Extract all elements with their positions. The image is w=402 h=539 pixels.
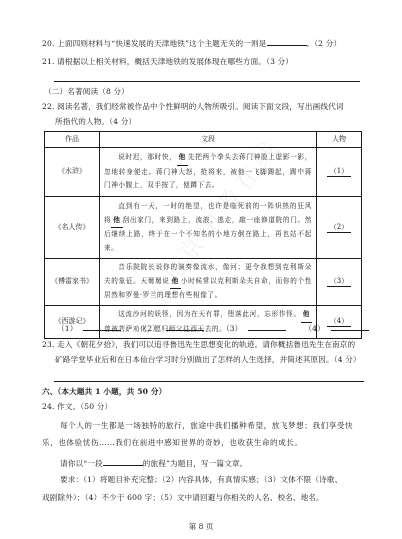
section-heading-2: （二）名著阅读（8 分） [44, 87, 129, 97]
underlined-pronoun: 他 [301, 308, 312, 323]
question-24-title: 24. 作文。（50 分） [42, 402, 112, 412]
header-passage: 文段 [100, 132, 317, 148]
header-work: 作品 [45, 132, 100, 148]
passage: 音乐院院长说你的演奏像流水，像河；更令我想到克利斯朵夫的象征。天舅舅说他小时候常… [100, 259, 317, 306]
table-row: 《水浒》 说时迟，那时快，他先把两个拳头去蒋门神脸上虚影一影，忽地转身便走。蒋门… [45, 148, 362, 197]
answer-blank-22-3[interactable] [248, 322, 286, 331]
essay-intro-line1: 每个人的一生都是一场独特的旅行，旅途中我们播种希望，放飞梦想；我们享受快 [60, 421, 353, 431]
passage: 直到有一天，一时的绝望，也许是临死前的一阵炽热的狂风将他刮出家门，来到路上，流浪… [100, 197, 317, 259]
question-20-score: 。（2 分） [307, 39, 342, 48]
exam-page: 北京中考在线 20. 上面四则材料与“快速发展的天津地铁”这个主题无关的一则是。… [0, 0, 402, 539]
question-22-line1: 22. 阅读名著，我们经常被作品中个性鲜明的人物所吸引。阅读下面文段，写出画线代… [42, 102, 344, 112]
answer-slot[interactable]: （3） [317, 259, 362, 306]
page-number: 第 8 页 [0, 521, 402, 532]
essay-requirements-line2: 戏剧除外）；（4）不少于 600 字；（5）文中请回避与你相关的人名、校名、地名… [42, 493, 324, 503]
table-header-row: 作品 文段 人物 [45, 132, 362, 148]
answer-row-22: （1）（2）（3）（4） [57, 322, 369, 334]
essay-title-blank[interactable] [103, 457, 143, 466]
answer-blank-22-4[interactable] [331, 322, 369, 331]
essay-requirements-line1: 要求：（1）将题目补充完整；（2）内容具体，有真情实感；（3）文体不限（诗歌、 [60, 475, 342, 485]
question-20-text: 20. 上面四则材料与“快速发展的天津地铁”这个主题无关的一则是 [42, 39, 267, 48]
underlined-pronoun: 他 [170, 275, 181, 290]
answer-blank-22-1[interactable] [83, 322, 121, 331]
answer-slot[interactable]: （1） [317, 148, 362, 197]
essay-intro-line2: 乐，也体验忧伤……我们在前进中感知世界的奇妙，也收获生命的成长。 [42, 438, 303, 448]
answer-line-21[interactable] [54, 81, 360, 82]
question-21: 21. 请根据以上相关材料，概括天津地铁的发展体现在哪些方面。（3 分） [42, 57, 293, 67]
works-table: 作品 文段 人物 《水浒》 说时迟，那时快，他先把两个拳头去蒋门神脸上虚影一影，… [44, 131, 362, 339]
underlined-pronoun: 他 [177, 151, 188, 166]
question-20: 20. 上面四则材料与“快速发展的天津地铁”这个主题无关的一则是。（2 分） [42, 37, 341, 49]
answer-line-23[interactable] [54, 381, 364, 382]
essay-prompt: 请你以“一段的旅程”为题目，写一篇文章。 [60, 457, 247, 469]
answer-slot[interactable]: （2） [317, 197, 362, 259]
passage: 说时迟，那时快，他先把两个拳头去蒋门神脸上虚影一影，忽地转身便走。蒋门神大怒，抢… [100, 148, 317, 197]
underlined-pronoun: 他 [111, 214, 122, 229]
question-22-line2: 所指代的人物。（4 分） [55, 117, 136, 127]
question-23-line2: 矿路学堂毕业后和在日本仙台学习时分别做出了怎样的人生选择，并简述其原因。（4 分… [55, 355, 361, 365]
answer-blank-20[interactable] [267, 37, 307, 46]
header-person: 人物 [317, 132, 362, 148]
table-row: 《名人传》 直到有一天，一时的绝望，也许是临死前的一阵炽热的狂风将他刮出家门，来… [45, 197, 362, 259]
work-title: 《名人传》 [45, 197, 100, 259]
question-23-line1: 23. 走入《朝花夕拾》，我们可以追寻鲁迅先生思想变化的轨迹。请你概括鲁迅先生在… [42, 340, 355, 350]
work-title: 《水浒》 [45, 148, 100, 197]
table-row: 《傅雷家书》 音乐院院长说你的演奏像流水，像河；更令我想到克利斯朵夫的象征。天舅… [45, 259, 362, 306]
answer-blank-22-2[interactable] [166, 322, 204, 331]
section-heading-6: 六、（本大题共 1 小题，共 50 分） [42, 387, 166, 397]
work-title: 《傅雷家书》 [45, 259, 100, 306]
